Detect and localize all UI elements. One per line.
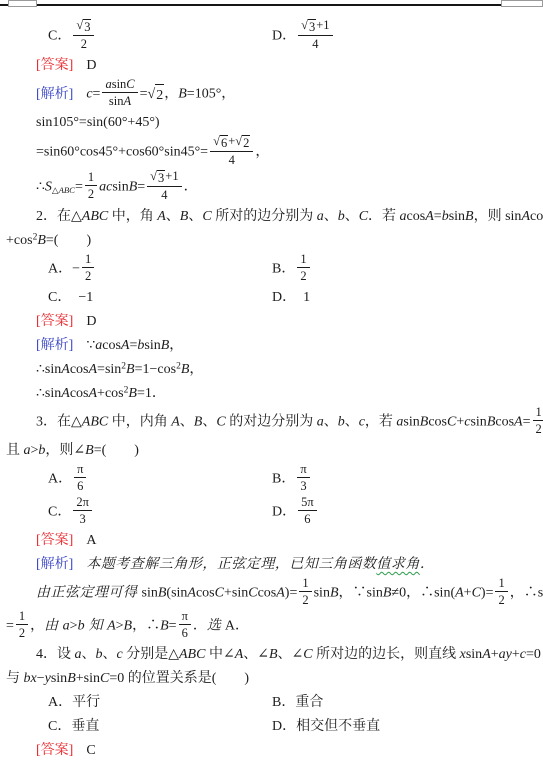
text-run: 4 [161,188,167,202]
text-run: 所对边的边长，则直线 [313,647,460,662]
fraction-denominator: 2 [82,268,94,283]
math-variable: b [442,209,449,224]
text-line: 与 bx−ysinB+sinC=0 的位置关系是( ) [0,668,543,690]
text-run: = [6,619,14,634]
text-line: [解析]∵acosA=bsinB， [0,335,543,357]
text-run: ≠0，∴sin( [391,586,455,601]
fraction-numerator: π [179,609,191,625]
option-right: B．12 [272,254,543,285]
text-run: ∴ [36,180,45,195]
text-run: 3 [309,20,315,34]
text-run: π [300,462,306,476]
fraction: π6 [74,462,86,493]
options-row: C． −1D． 1 [0,287,543,309]
text-run: 6 [221,136,227,150]
math-variable: B [160,619,169,634]
math-variable: a [400,209,407,224]
math-variable: C [216,415,225,430]
math-variable: b [96,647,103,662]
text-run: 2 [81,37,87,51]
math-variable: A [171,415,180,430]
math-variable: A [455,586,464,601]
text-run: sin [144,338,160,353]
radicand: 6 [220,135,228,150]
fraction-numerator: 1 [82,252,94,268]
text-run: ，∴ [132,619,160,634]
math-variable: C [100,671,109,686]
text-run: C． [48,29,71,44]
text-run: ，若 [365,415,397,430]
math-variable: b [78,619,85,634]
fraction-numerator: 1 [299,576,311,592]
text-run: C．垂直 [48,719,99,734]
text-run: =0 [526,647,541,662]
math-variable: B [85,443,94,458]
math-variable: ABC [82,209,108,224]
math-variable: A [88,362,97,377]
text-run: A． [48,472,72,487]
text-run: 2 [300,269,306,283]
math-variable: ABC [82,415,108,430]
text-line: 3．在△ABC 中，内角 A、B、C 的对边分别为 a、b、c，若 asinBc… [0,407,543,438]
fraction-denominator: 2 [85,186,97,201]
option-right: D．5π6 [272,497,543,528]
radical-sign-icon: √ [213,134,220,148]
math-variable: A [187,586,196,601]
radicand: 2 [155,84,164,107]
math-variable: ABC [179,647,205,662]
text-run: 4 [229,153,235,167]
text-run: A．− [48,262,80,277]
text-run: ， [189,362,203,377]
text-run: ， [169,338,183,353]
text-run: =1−cos [135,362,176,377]
text-run: 、 [324,415,338,430]
math-variable: B [161,338,170,353]
sqrt-radical: √3 [150,169,165,185]
math-variable: b [338,209,345,224]
text-run: cos [407,209,426,224]
text-run: B． [272,262,295,277]
math-variable: A [157,209,166,224]
text-run: sin [112,180,128,195]
text-run: +sin [224,586,248,601]
math-variable: A [276,586,285,601]
text-run: 中，角 [108,209,157,224]
math-variable: bx [24,671,37,686]
text-run: 2 [156,88,163,103]
math-variable: A [124,94,132,108]
fraction: 12 [297,252,309,283]
text-run: 1 [302,576,308,590]
text-run: 、 [166,209,180,224]
fraction-numerator: 5π [298,495,317,511]
radical-sign-icon: √ [150,169,157,183]
fraction-numerator: asinC [102,77,137,93]
radical-sign-icon: √ [148,84,156,106]
text-run: 4 [312,37,318,51]
text-run: ，∵sin [339,586,383,601]
math-variable: A [107,619,116,634]
page-top-rule [0,4,543,6]
text-run: 所对的边分别为 [212,209,317,224]
text-line: sin105°=sin(60°+45°) [0,112,543,134]
text-run: cos [70,386,89,401]
text-run: 2 [19,626,25,640]
text-run: =105°， [187,87,236,102]
text-run: 2 [498,593,504,607]
kai-text-wavy: 值求角 [376,557,420,572]
text-run: ，∴sin [510,586,543,601]
option-left: C．2π3 [48,497,272,528]
text-run: + [512,647,520,662]
text-run: + [228,134,235,148]
answer-tag: [答案] [36,58,73,73]
text-run: 2 [536,422,542,436]
text-run: 4．设 [36,647,75,662]
analysis-tag: [解析] [36,557,73,572]
fraction-numerator: 1 [533,405,543,421]
scan-corner-mark-left [8,0,37,7]
option-right: B．π3 [272,464,543,495]
text-run: cos [258,586,277,601]
text-run: > [116,619,124,634]
text-run: (sin [166,586,187,601]
text-run: 分别是△ [123,647,179,662]
fraction-numerator: √3 [73,18,94,36]
fraction: 12 [299,576,311,607]
fraction-denominator: 2 [297,268,309,283]
math-variable: A [88,386,97,401]
text-run: ∴sin [36,362,61,377]
fraction-numerator: √6+√2 [210,134,253,152]
math-variable: A [514,415,523,430]
text-run: = [93,87,101,102]
fraction-denominator: 3 [297,478,309,493]
text-run: 6 [182,626,188,640]
text-run: =0 的位置关系是( ) [109,671,249,686]
text-run: C． [48,505,71,520]
text-line: ∴sinAcosA=sin2B=1−cos2B， [0,359,543,381]
radical-sign-icon: √ [235,134,242,148]
text-line: 由正弦定理可得 sinB(sinAcosC+sinCcosA)=12sinB，∵… [0,578,543,609]
text-run: 、 [345,209,359,224]
math-variable: C [215,586,224,601]
text-line: =sin60°cos45°+cos60°sin45°=√6+√24， [0,136,543,169]
math-variable: ay [499,647,512,662]
text-run: +cos [97,386,124,401]
kai-text: ． [420,557,435,572]
fraction: 12 [495,576,507,607]
text-run: sin [51,671,67,686]
text-run: D [86,58,96,73]
fraction-denominator: 2 [495,592,507,607]
option-left: A．π6 [48,464,272,495]
text-run: 、 [345,415,359,430]
fraction-numerator: 1 [16,609,28,625]
math-variable: B [330,586,339,601]
text-run: 1 [498,576,504,590]
fraction-denominator: 4 [147,187,181,202]
text-run: +1 [316,18,329,32]
text-run: ∴sin [36,386,61,401]
text-run: D． 1 [272,290,310,305]
fraction-denominator: 6 [179,625,191,640]
text-run: cos [70,362,89,377]
sqrt-radical: √2 [235,134,250,150]
fraction: 12 [85,170,97,201]
text-run: 、∠ [278,647,304,662]
option-left: C． −1 [48,287,272,309]
options-row: A．−12B．12 [0,254,543,285]
text-run: C [86,743,95,758]
text-run: 、∠ [243,647,269,662]
math-variable: C [359,209,368,224]
text-run: 3．在△ [36,415,82,430]
text-line: +cos2B=( ) [0,230,543,252]
fraction-numerator: 2π [73,495,92,511]
fraction: π3 [297,462,309,493]
text-line: ∴S△ABC=12acsinB=√3+14． [0,171,543,204]
text-run: 、 [82,647,96,662]
options-row: A．平行B．重合 [0,692,543,714]
text-run: +1 [165,169,178,183]
text-line: [答案]D [0,311,543,333]
text-run: 、 [180,415,194,430]
text-run: +cos [6,233,33,248]
radicand: 3 [157,170,165,185]
math-variable: B [129,180,138,195]
text-run: )= [481,586,494,601]
text-run: sin [314,586,330,601]
text-run: 、 [202,415,216,430]
text-run: sin [466,647,482,662]
text-run: =( ) [46,233,91,248]
fraction-denominator: 4 [210,152,253,167]
fraction: 2π3 [73,495,92,526]
kai-text: 知 [85,619,108,634]
sqrt-radical: √6 [213,134,228,150]
text-run: 1 [300,252,306,266]
fraction-denominator: 2 [299,592,311,607]
text-run: =sin [97,362,121,377]
fraction: 12 [82,252,94,283]
math-variable: C [126,77,134,91]
text-run: 2 [243,136,249,150]
math-variable: B [178,87,187,102]
options-row: C．垂直D．相交但不垂直 [0,716,543,738]
kai-text: 由 [44,619,63,634]
text-run: = [523,415,531,430]
text-run: 5π [301,495,314,509]
fraction: √6+√24 [210,134,253,167]
math-variable: B [124,619,133,634]
text-line: [答案]A [0,530,543,552]
math-variable: ac [99,180,112,195]
math-variable: B [128,386,137,401]
answer-tag: [答案] [36,314,73,329]
text-run: cos [495,415,514,430]
text-run: 3 [80,512,86,526]
fraction: asinCsinA [102,77,137,108]
math-variable: C [447,415,456,430]
fraction-denominator: 3 [73,511,92,526]
fraction: 12 [533,405,543,436]
fraction-denominator: sinA [102,93,137,108]
text-run: 1 [19,609,25,623]
text-run: D．相交但不垂直 [272,719,380,734]
text-run: sin [470,415,486,430]
fraction: 12 [16,609,28,640]
fraction-numerator: 1 [495,576,507,592]
math-variable: b [338,415,345,430]
fraction-numerator: √3+1 [147,169,181,187]
text-run: − [37,671,45,686]
fraction-denominator: 2 [73,36,94,51]
text-run: ， [255,145,269,160]
text-run: cos [428,415,447,430]
document-page: C．√32D．√3+14[答案]D[解析]c=asinCsinA=√2，B=10… [0,0,543,777]
fraction: √3+14 [298,18,332,51]
analysis-tag: [解析] [36,87,73,102]
math-variable: a [317,415,324,430]
text-run: 3 [158,171,164,185]
text-run: ． [193,619,207,634]
math-variable: S [45,180,52,195]
text-run: sin [403,415,419,430]
text-run: =sin60°cos45°+cos60°sin45°= [36,145,208,160]
text-line: [答案]D [0,55,543,77]
math-variable: B [37,233,46,248]
fraction: √3+14 [147,169,181,202]
text-run: B．重合 [272,695,323,710]
math-variable: A [482,647,491,662]
math-variable: A [61,362,70,377]
math-variable: B [269,647,278,662]
text-run: D． [272,505,296,520]
math-variable: C [248,586,257,601]
math-variable: a [75,647,82,662]
text-run: > [70,619,78,634]
text-line: 2．在△ABC 中，角 A、B、C 所对的边分别为 a、b、C．若 acosA=… [0,206,543,228]
sqrt-radical: √3 [301,18,316,34]
text-line: [答案]C [0,740,543,762]
text-run: π [77,462,83,476]
text-run: sin [449,209,465,224]
text-run: 1 [85,252,91,266]
text-line: 4．设 a、b、c 分别是△ABC 中∠A、∠B、∠C 所对边的边长，则直线 x… [0,644,543,666]
text-run: =1． [137,386,166,401]
text-run: A [86,533,96,548]
text-run: 2 [88,187,94,201]
math-variable: A [521,209,530,224]
radical-sign-icon: √ [301,18,308,32]
option-right: B．重合 [272,692,543,714]
options-row: C．2π3D．5π6 [0,497,543,528]
text-run: 2 [302,593,308,607]
text-run: cos [530,209,543,224]
text-line: =12，由 a>b 知 A>B，∴B=π6．选 A． [0,611,543,642]
radicand: 3 [308,19,316,34]
fraction-denominator: 6 [74,478,86,493]
text-run: 3 [84,20,90,34]
kai-text: 选 [207,619,222,634]
text-run: cos [196,586,215,601]
radicand: 3 [83,19,91,34]
sqrt-radical: √3 [76,18,91,34]
text-run: =( ) [94,443,139,458]
fraction-numerator: π [297,462,309,478]
text-run: = [140,87,148,102]
text-run: π [182,609,188,623]
text-run: 、 [103,647,117,662]
text-line: [解析]本题考查解三角形，正弦定理，已知三角函数值求角． [0,554,543,576]
option-right: D． 1 [272,287,543,309]
math-variable: a [317,209,324,224]
math-variable: B [67,671,76,686]
text-run: ．若 [368,209,400,224]
math-variable: C [472,586,481,601]
text-run: sin [112,77,127,91]
math-variable: A [61,386,70,401]
fraction-numerator: π [74,462,86,478]
option-right: D．相交但不垂直 [272,716,543,738]
text-run: C． −1 [48,290,93,305]
text-run: 6 [304,512,310,526]
text-run: D． [272,29,296,44]
answer-tag: [答案] [36,533,73,548]
analysis-tag: [解析] [36,338,73,353]
text-run: sin [142,586,158,601]
option-left: C．√32 [48,20,272,53]
fraction-denominator: 2 [533,421,543,436]
text-run: 1 [536,405,542,419]
text-run: = [169,619,177,634]
text-run: 与 [6,671,24,686]
kai-text: 由正弦定理可得 [36,586,142,601]
option-left: A．平行 [48,692,272,714]
text-line: 且 a>b，则∠B=( ) [0,440,543,462]
text-run: = [137,180,145,195]
math-variable: B [465,209,474,224]
text-run: sin105°=sin(60°+45°) [36,115,160,130]
fraction: π6 [179,609,191,640]
text-run: 、 [188,209,202,224]
text-run: 中，内角 [108,415,171,430]
text-run: 2．在△ [36,209,82,224]
fraction-numerator: 1 [297,252,309,268]
math-variable: A [425,209,434,224]
math-variable: a [63,619,70,634]
kai-text: 本题考查解三角形，正弦定理，已知三角函数 [86,557,376,572]
text-run: 2 [85,269,91,283]
answer-tag: [答案] [36,743,73,758]
fraction-denominator: 4 [298,36,332,51]
math-variable: B [126,362,135,377]
option-right: D．√3+14 [272,20,543,53]
subscript: △ABC [52,185,75,195]
text-line: ∴sinAcosA+cos2B=1． [0,383,543,405]
document-body: C．√32D．√3+14[答案]D[解析]c=asinCsinA=√2，B=10… [0,12,543,762]
text-run: ∵ [86,338,95,353]
radicand: 2 [242,135,250,150]
text-run: + [464,586,472,601]
math-variable: a [24,443,31,458]
math-variable: A [235,647,244,662]
fraction: 5π6 [298,495,317,526]
text-run: = [75,180,83,195]
fraction: √32 [73,18,94,51]
